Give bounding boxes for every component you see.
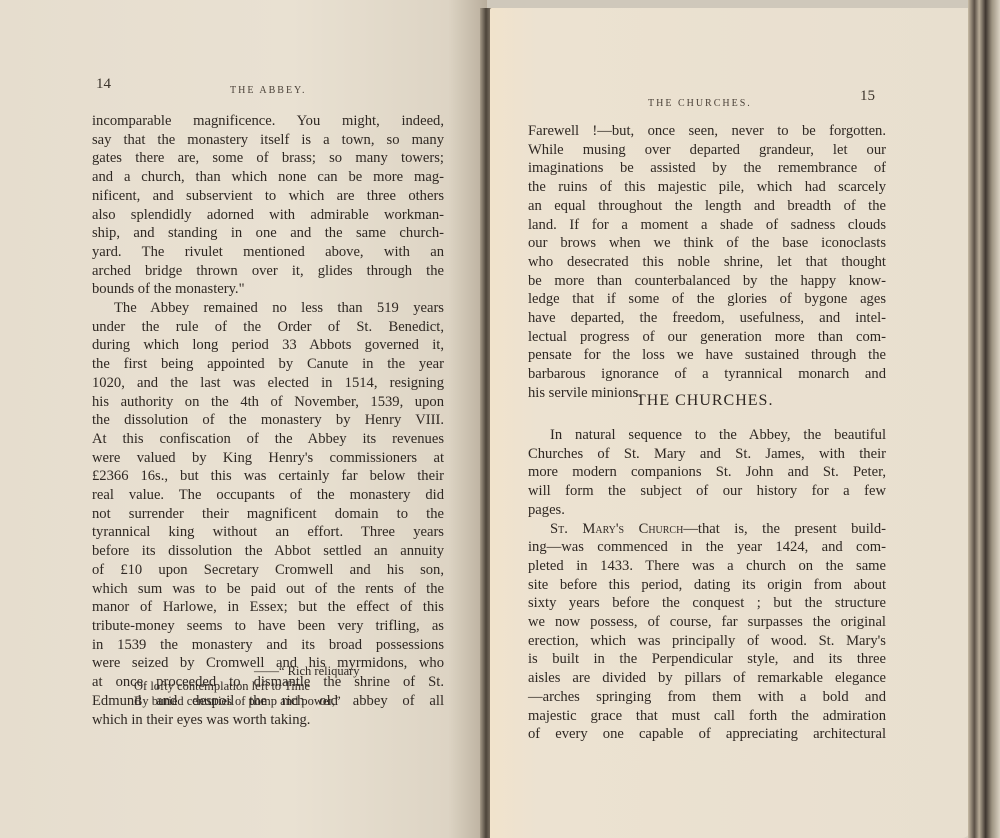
text-line: sixty years before the conquest ; but th… bbox=[528, 594, 886, 613]
text-line: land. If for a moment a shade of sadness… bbox=[528, 216, 886, 235]
text-line: pleted in 1433. There was a church on th… bbox=[528, 557, 886, 576]
text-line: nificent, and subservient to which are t… bbox=[92, 187, 444, 206]
text-line: pensate for the loss we have sustained t… bbox=[528, 346, 886, 365]
text-line: tyrannical king without an effort. Three… bbox=[92, 523, 444, 542]
section-title: THE CHURCHES. bbox=[636, 392, 773, 410]
page-number-right: 15 bbox=[860, 88, 875, 105]
text-line: under the rule of the Order of St. Bened… bbox=[92, 318, 444, 337]
text-line: St. Mary's Church—that is, the present b… bbox=[528, 520, 886, 539]
text-line: site before this period, dating its orig… bbox=[528, 576, 886, 595]
text-line: pages. bbox=[528, 501, 886, 520]
text-line: erection, which was principally of wood.… bbox=[528, 632, 886, 651]
text-line: aisles are divided by pillars of remarka… bbox=[528, 669, 886, 688]
text-line: we now possess, of course, far surpasses… bbox=[528, 613, 886, 632]
running-header-right: THE CHURCHES. bbox=[648, 98, 752, 109]
left-page: 14 THE ABBEY. incomparable magnificence.… bbox=[0, 0, 487, 838]
text-line: also splendidly adorned with admirable w… bbox=[92, 206, 444, 225]
text-line: which in their eyes was worth taking. bbox=[92, 711, 444, 730]
text-line: ledge that if some of the glories of byg… bbox=[528, 290, 886, 309]
right-body-text: Farewell !—but, once seen, never to be f… bbox=[528, 122, 886, 403]
text-line: While musing over departed grandeur, let… bbox=[528, 141, 886, 160]
text-line: not surrender their magnificent domain t… bbox=[92, 505, 444, 524]
text-line: is built in the Perpendicular style, and… bbox=[528, 650, 886, 669]
verse-line: ——“ Rich reliquary bbox=[134, 664, 434, 679]
text-line: the dissolution of the monastery by Henr… bbox=[92, 411, 444, 430]
text-line: In natural sequence to the Abbey, the be… bbox=[528, 426, 886, 445]
text-line: bounds of the monastery." bbox=[92, 280, 444, 299]
text-line: before its dissolution the Abbot settled… bbox=[92, 542, 444, 561]
text-line: of £10 upon Secretary Cromwell and his s… bbox=[92, 561, 444, 580]
text-line: during which long period 33 Abbots gover… bbox=[92, 336, 444, 355]
text-line: of every one capable of appreciating arc… bbox=[528, 725, 886, 744]
verse-line: By buried centuries of pomp and power,” bbox=[134, 694, 434, 709]
paragraph: incomparable magnificence. You might, in… bbox=[92, 112, 444, 299]
paragraph: St. Mary's Church—that is, the present b… bbox=[528, 520, 886, 744]
text-line: were valued by King Henry's commissioner… bbox=[92, 449, 444, 468]
left-body-text: incomparable magnificence. You might, in… bbox=[92, 112, 444, 729]
text-line: gates there are, some of brass; so many … bbox=[92, 149, 444, 168]
text-fragment: —that is, the present build- bbox=[683, 521, 886, 537]
text-line: incomparable magnificence. You might, in… bbox=[92, 112, 444, 131]
small-caps-lead: St. Mary's Church bbox=[550, 521, 683, 537]
text-line: and a church, than which none can be mor… bbox=[92, 168, 444, 187]
text-line: majestic grace that must call forth the … bbox=[528, 707, 886, 726]
text-line: real value. The occupants of the monaste… bbox=[92, 486, 444, 505]
text-line: ing—was commenced in the year 1424, and … bbox=[528, 538, 886, 557]
text-line: an equal throughout the length and bread… bbox=[528, 197, 886, 216]
text-line: At this confiscation of the Abbey its re… bbox=[92, 430, 444, 449]
right-page: THE CHURCHES. 15 Farewell !—but, once se… bbox=[490, 8, 970, 838]
paragraph: Farewell !—but, once seen, never to be f… bbox=[528, 122, 886, 403]
text-line: Farewell !—but, once seen, never to be f… bbox=[528, 122, 886, 141]
text-line: arched bridge thrown over it, glides thr… bbox=[92, 262, 444, 281]
text-line: be more than counterbalanced by the happ… bbox=[528, 272, 886, 291]
verse-quote: ——“ Rich reliquary Of lofty contemplatio… bbox=[134, 664, 434, 709]
text-line: who desecrated this noble shrine, let th… bbox=[528, 253, 886, 272]
text-line: say that the monastery itself is a town,… bbox=[92, 131, 444, 150]
text-line: —arches springing from them with a bold … bbox=[528, 688, 886, 707]
text-line: his authority on the 4th of November, 15… bbox=[92, 393, 444, 412]
text-line: more modern companions St. John and St. … bbox=[528, 463, 886, 482]
text-line: £2366 16s., but this was certainly far b… bbox=[92, 467, 444, 486]
verse-line: Of lofty contemplation left to Time bbox=[134, 679, 434, 694]
text-line: our brows when we think of the base icon… bbox=[528, 234, 886, 253]
section-body-text: In natural sequence to the Abbey, the be… bbox=[528, 426, 886, 744]
text-line: tribute-money seems to have been very tr… bbox=[92, 617, 444, 636]
paragraph: In natural sequence to the Abbey, the be… bbox=[528, 426, 886, 520]
text-line: The Abbey remained no less than 519 year… bbox=[92, 299, 444, 318]
text-line: which sum was to be paid out of the rent… bbox=[92, 580, 444, 599]
running-header-left: THE ABBEY. bbox=[230, 85, 307, 96]
text-line: imaginations be assisted by the remembra… bbox=[528, 159, 886, 178]
text-line: lectual progress of our generation more … bbox=[528, 328, 886, 347]
text-line: have departed, the freedom, usefulness, … bbox=[528, 309, 886, 328]
text-line: in 1539 the monastery and its broad poss… bbox=[92, 636, 444, 655]
text-line: Churches of St. Mary and St. James, with… bbox=[528, 445, 886, 464]
text-line: yard. The rivulet mentioned above, with … bbox=[92, 243, 444, 262]
book-page-edges bbox=[968, 0, 1000, 838]
text-line: ship, and standing in one and the same c… bbox=[92, 224, 444, 243]
text-line: 1020, and the last was elected in 1514, … bbox=[92, 374, 444, 393]
text-line: the ruins of this majestic pile, which h… bbox=[528, 178, 886, 197]
text-line: will form the subject of our history for… bbox=[528, 482, 886, 501]
page-number-left: 14 bbox=[96, 76, 111, 93]
text-line: barbarous ignorance of a tyrannical mona… bbox=[528, 365, 886, 384]
text-line: the first being appointed by Canute in t… bbox=[92, 355, 444, 374]
text-line: manor of Harlowe, in Essex; but the effe… bbox=[92, 598, 444, 617]
